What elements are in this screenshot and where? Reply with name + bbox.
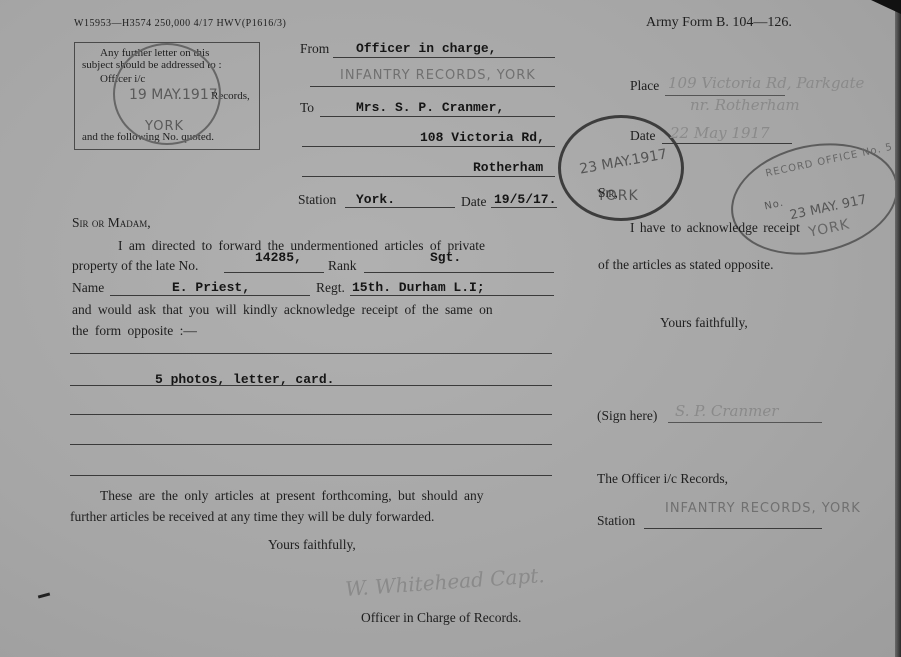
- date-label: Date: [461, 194, 486, 210]
- date-value: 19/5/17.: [494, 192, 556, 207]
- station-underline: [345, 207, 455, 208]
- to-name: Mrs. S. P. Cranmer,: [356, 100, 504, 115]
- rank-underline: [364, 272, 554, 273]
- body-line4: and would ask that you will kindly ackno…: [72, 302, 493, 318]
- regt-underline: [350, 295, 554, 296]
- name-label: Name: [72, 280, 104, 296]
- article-line-5: [70, 475, 552, 476]
- receipt-station-label: Station: [597, 513, 635, 529]
- from-label: From: [300, 41, 329, 57]
- officer-signature: W. Whitehead Capt.: [344, 563, 545, 601]
- print-reference: W15953—H3574 250,000 4/17 HWV(P1616/3): [74, 18, 286, 29]
- date-underline: [491, 207, 557, 208]
- regt-label: Regt.: [316, 280, 345, 296]
- postmark-center-date: 23 MAY.1917: [578, 146, 668, 177]
- pencil-mark: [38, 592, 50, 598]
- to-label: To: [300, 100, 314, 116]
- to-address-line2: Rotherham: [473, 160, 543, 175]
- postmark-date: 19 MAY.1917: [129, 87, 218, 103]
- receipt-place-value: 109 Victoria Rd, Parkgate: [668, 74, 864, 92]
- recipient-signature: S. P. Cranmer: [675, 402, 778, 420]
- receipt-place-label: Place: [630, 78, 659, 94]
- postmark-city: YORK: [145, 119, 184, 134]
- receipt-body-line2: of the articles as stated opposite.: [598, 257, 773, 273]
- document-corner: [871, 0, 901, 14]
- number-underline: [224, 272, 324, 273]
- closing-para-line2: further articles be received at any time…: [70, 509, 434, 525]
- oval-stamp-no: No.: [763, 198, 784, 213]
- station-label: Station: [298, 192, 336, 208]
- oval-stamp-city: YORK: [807, 216, 851, 240]
- receipt-addressee: The Officer i/c Records,: [597, 471, 728, 487]
- station-value: York.: [356, 192, 395, 207]
- receipt-date-underline: [662, 143, 792, 144]
- form-number: Army Form B. 104—126.: [646, 15, 792, 31]
- rank-value: Sgt.: [430, 250, 461, 265]
- letter-closing: Yours faithfully,: [268, 537, 356, 553]
- article-line-1: [70, 353, 552, 354]
- article-line-4: [70, 444, 552, 445]
- receipt-place-value-2: nr. Rotherham: [690, 96, 800, 114]
- from-rubber-stamp: INFANTRY RECORDS, YORK: [340, 68, 536, 83]
- record-office-oval-stamp: RECORD OFFICE No. 5 DISTRICT No. 23 MAY.…: [721, 129, 901, 270]
- receipt-body-line1: I have to acknowledge receipt: [630, 220, 800, 236]
- receipt-station-underline: [644, 528, 822, 529]
- to-underline: [320, 116, 555, 117]
- from-underline: [333, 57, 555, 58]
- postmark-23-may: 23 MAY.1917 YORK: [558, 115, 684, 221]
- receipt-closing: Yours faithfully,: [660, 315, 748, 331]
- regiment-value: 15th. Durham L.I;: [352, 280, 485, 295]
- receipt-salutation: Sir,: [598, 185, 618, 201]
- receipt-date-value: 22 May 1917: [670, 124, 770, 142]
- article-line-3: [70, 414, 552, 415]
- to-underline-2: [302, 146, 555, 147]
- from-underline-2: [310, 86, 555, 87]
- soldier-name: E. Priest,: [172, 280, 250, 295]
- oval-stamp-date: 23 MAY. 917: [788, 192, 868, 223]
- army-form-document: W15953—H3574 250,000 4/17 HWV(P1616/3) A…: [0, 0, 896, 657]
- postmark-19-may: 19 MAY.1917 YORK: [113, 43, 221, 145]
- sign-here-label: (Sign here): [597, 408, 657, 424]
- receipt-date-label: Date: [630, 128, 655, 144]
- salutation: Sir or Madam,: [72, 215, 151, 231]
- signatory-title: Officer in Charge of Records.: [361, 610, 521, 626]
- service-number: 14285,: [255, 250, 302, 265]
- oval-stamp-title: RECORD OFFICE No. 5 DISTRICT: [765, 130, 901, 180]
- rank-label: Rank: [328, 258, 357, 274]
- from-value: Officer in charge,: [356, 41, 496, 56]
- sign-underline: [668, 422, 822, 423]
- closing-para-line1: These are the only articles at present f…: [100, 488, 484, 504]
- name-underline: [110, 295, 310, 296]
- to-address-line1: 108 Victoria Rd,: [420, 130, 545, 145]
- to-underline-3: [302, 176, 555, 177]
- body-line5: the form opposite :—: [72, 323, 197, 339]
- article-line-2: [70, 385, 552, 386]
- property-label: property of the late No.: [72, 258, 198, 274]
- station-rubber-stamp: INFANTRY RECORDS, YORK: [665, 501, 861, 516]
- document-right-edge: [895, 0, 901, 657]
